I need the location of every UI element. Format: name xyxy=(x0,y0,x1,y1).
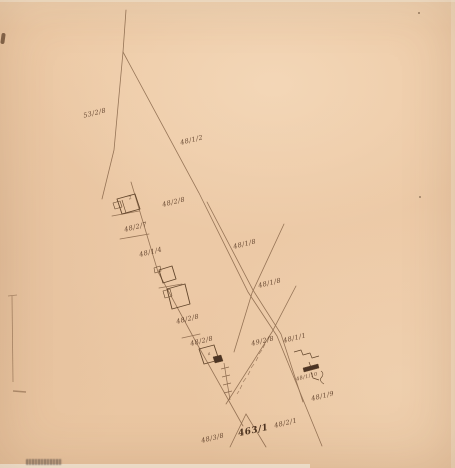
illegible-stamp-text xyxy=(26,459,62,465)
plan-linework-svg xyxy=(0,0,455,468)
fence-symbol xyxy=(221,363,232,400)
street-frontage-line xyxy=(131,182,243,426)
west-boundary-line xyxy=(102,52,123,199)
building-outline-1 xyxy=(113,194,140,214)
scanned-survey-plan: 53/2/8 48/1/2 48/2/8 48/2/7 48/1/4 48/1/… xyxy=(0,0,455,468)
building-mark: а xyxy=(207,352,211,358)
boundary-stub-line xyxy=(123,10,126,52)
scale-bar xyxy=(8,295,26,392)
lot-tick-2 xyxy=(120,234,149,239)
